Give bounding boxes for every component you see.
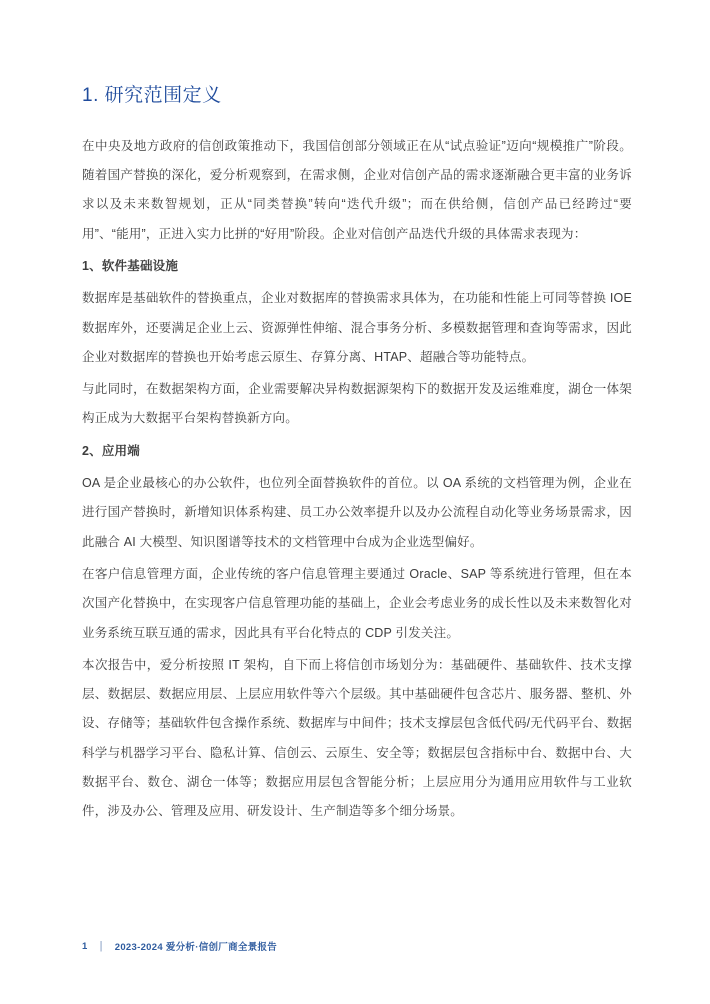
footer-report-title: 2023-2024 爱分析·信创厂商全景报告 bbox=[115, 939, 277, 953]
paragraph-market-layers: 本次报告中，爱分析按照 IT 架构，自下而上将信创市场划分为：基础硬件、基础软件… bbox=[82, 651, 632, 827]
paragraph-database: 数据库是基础软件的替换重点，企业对数据库的替换需求具体为，在功能和性能上可同等替… bbox=[82, 284, 632, 372]
paragraph-data-architecture: 与此同时，在数据架构方面，企业需要解决异构数据源架构下的数据开发及运维难度，湖仓… bbox=[82, 375, 632, 434]
page-footer: 1 | 2023-2024 爱分析·信创厂商全景报告 bbox=[82, 939, 277, 953]
subheading-software-infrastructure: 1、软件基础设施 bbox=[82, 252, 632, 281]
paragraph-customer-info: 在客户信息管理方面，企业传统的客户信息管理主要通过 Oracle、SAP 等系统… bbox=[82, 560, 632, 648]
footer-page-number: 1 bbox=[82, 941, 88, 952]
section-heading: 1. 研究范围定义 bbox=[82, 84, 632, 108]
subheading-application: 2、应用端 bbox=[82, 437, 632, 466]
footer-separator: | bbox=[100, 940, 103, 952]
paragraph-oa: OA 是企业最核心的办公软件，也位列全面替换软件的首位。以 OA 系统的文档管理… bbox=[82, 469, 632, 557]
paragraph-intro: 在中央及地方政府的信创政策推动下，我国信创部分领域正在从“试点验证”迈向“规模推… bbox=[82, 132, 632, 249]
page-content: 1. 研究范围定义 在中央及地方政府的信创政策推动下，我国信创部分领域正在从“试… bbox=[82, 84, 632, 830]
report-page: 1. 研究范围定义 在中央及地方政府的信创政策推动下，我国信创部分领域正在从“试… bbox=[0, 0, 710, 1004]
